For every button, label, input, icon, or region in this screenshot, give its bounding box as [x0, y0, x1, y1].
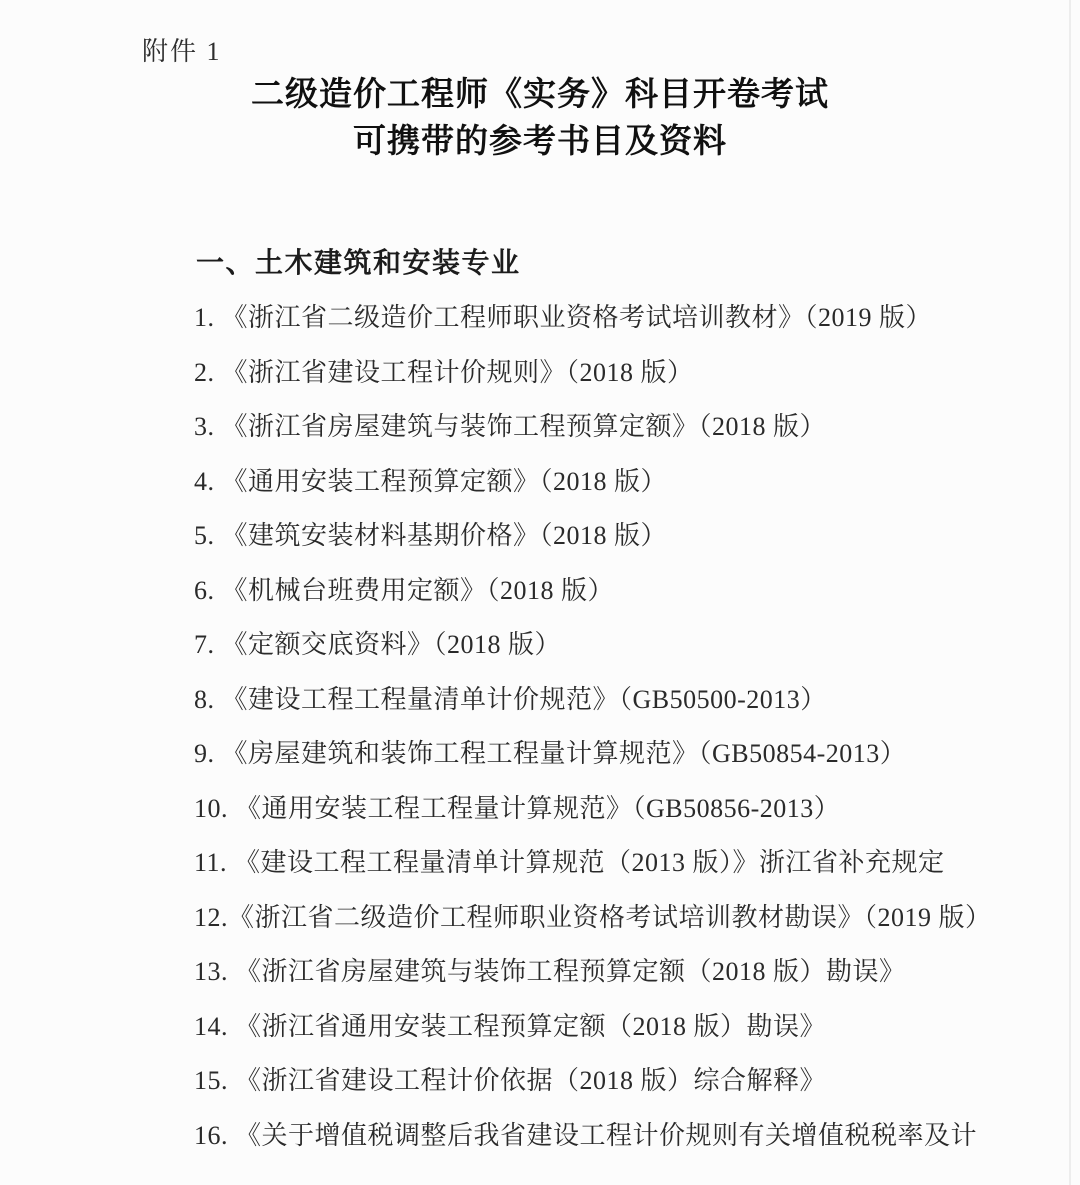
book-list-item: 14. 《浙江省通用安装工程预算定额（2018 版）勘误》	[194, 1000, 1054, 1055]
book-list-item: 3. 《浙江省房屋建筑与装饰工程预算定额》（2018 版）	[194, 400, 1054, 455]
book-list-item: 6. 《机械台班费用定额》（2018 版）	[194, 564, 1054, 619]
book-list-item: 7. 《定额交底资料》（2018 版）	[194, 618, 1054, 673]
book-list-item: 11. 《建设工程工程量清单计算规范（2013 版）》浙江省补充规定	[194, 836, 1054, 891]
book-list-item: 1. 《浙江省二级造价工程师职业资格考试培训教材》（2019 版）	[194, 291, 1054, 346]
document-title: 二级造价工程师《实务》科目开卷考试 可携带的参考书目及资料	[0, 72, 1080, 166]
book-list-item: 4. 《通用安装工程预算定额》（2018 版）	[194, 455, 1054, 510]
document-title-line1: 二级造价工程师《实务》科目开卷考试	[0, 72, 1080, 119]
section-heading: 一、土木建筑和安装专业	[196, 246, 521, 280]
reference-book-list: 1. 《浙江省二级造价工程师职业资格考试培训教材》（2019 版） 2. 《浙江…	[194, 291, 1054, 1163]
scan-edge-artifact	[1069, 0, 1071, 1185]
book-list-item: 8. 《建设工程工程量清单计价规范》（GB50500-2013）	[194, 673, 1054, 728]
book-list-item: 10. 《通用安装工程工程量计算规范》（GB50856-2013）	[194, 782, 1054, 837]
book-list-item: 15. 《浙江省建设工程计价依据（2018 版）综合解释》	[194, 1054, 1054, 1109]
book-list-item: 2. 《浙江省建设工程计价规则》（2018 版）	[194, 346, 1054, 401]
attachment-label: 附件 1	[142, 37, 222, 67]
book-list-item: 9. 《房屋建筑和装饰工程工程量计算规范》（GB50854-2013）	[194, 727, 1054, 782]
book-list-item: 12.《浙江省二级造价工程师职业资格考试培训教材勘误》（2019 版）	[194, 891, 1054, 946]
book-list-item: 5. 《建筑安装材料基期价格》（2018 版）	[194, 509, 1054, 564]
document-page: 附件 1 二级造价工程师《实务》科目开卷考试 可携带的参考书目及资料 一、土木建…	[0, 0, 1080, 1185]
document-title-line2: 可携带的参考书目及资料	[0, 119, 1080, 166]
book-list-item: 13. 《浙江省房屋建筑与装饰工程预算定额（2018 版）勘误》	[194, 945, 1054, 1000]
book-list-item: 16. 《关于增值税调整后我省建设工程计价规则有关增值税税率及计	[194, 1109, 1054, 1164]
